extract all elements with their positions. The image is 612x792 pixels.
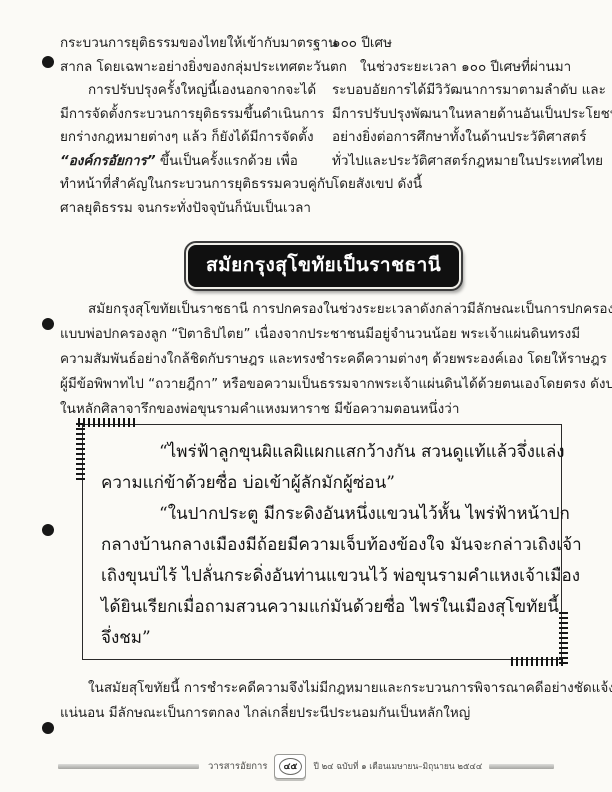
text-line: โดยสังเขป ดังนี้ (332, 173, 585, 197)
text-line: กระบวนการยุติธรรมของไทยให้เข้ากับมาตรฐาน (60, 32, 323, 56)
text-line: มีการปรับปรุงพัฒนาในหลายด้านอันเป็นประโย… (332, 103, 585, 127)
punch-hole-dot (42, 56, 54, 68)
text-line: สมัยกรุงสุโขทัยเป็นราชธานี การปกครองในช่… (60, 297, 585, 322)
quote-line: กลางบ้านกลางเมืองมีถ้อยมีความเจ็บท้องข้อ… (101, 530, 546, 561)
corner-ornament-bottom-right (559, 609, 568, 664)
page-number-badge: ๔๕ (274, 754, 306, 779)
page-footer: วารสารอัยการ ๔๕ ปี ๒๔ ฉบับที่ ๑ เดือนเมษ… (58, 750, 554, 782)
body-paragraph-1: สมัยกรุงสุโขทัยเป็นราชธานี การปกครองในช่… (60, 297, 585, 422)
text-line: ในหลักศิลาจารึกของพ่อขุนรามคำแหงมหาราช ม… (60, 397, 585, 422)
page-number: ๔๕ (279, 758, 302, 775)
quote-line: “ในปากประตู มีกระดิงอันหนึ่งแขวนไว้หั้น … (101, 499, 546, 530)
document-page: กระบวนการยุติธรรมของไทยให้เข้ากับมาตรฐาน… (0, 0, 612, 792)
text-line: ยกร่างกฎหมายต่างๆ แล้ว ก็ยังได้มีการจัดต… (60, 126, 323, 150)
text-line: ๑๐๐ ปีเศษ (332, 32, 585, 56)
text-line: การปรับปรุงครั้งใหญ่นี้เองนอกจากจะได้ (60, 79, 323, 103)
text-line: แน่นอน มีลักษณะเป็นการตกลง ไกล่เกลี่ยประ… (60, 701, 585, 726)
text-line: ทั่วไปและประวัติศาสตร์กฎหมายในประเทศไทย (332, 150, 585, 174)
journal-name: วารสารอัยการ (208, 759, 267, 774)
text-line: ทำหน้าที่สำคัญในกระบวนการยุติธรรมควบคู่ก… (60, 173, 323, 197)
corner-ornament-bottom-right (511, 657, 566, 666)
quote-line: จึ่งชม” (101, 623, 546, 654)
text-line: มีการจัดตั้งกระบวนการยุติธรรมขึ้นดำเนินก… (60, 103, 323, 127)
punch-hole-dot (42, 722, 54, 734)
issue-info: ปี ๒๔ ฉบับที่ ๑ เดือนเมษายน–มิถุนายน ๒๕๔… (313, 759, 482, 773)
emphasized-term: “องค์กรอัยการ” (60, 153, 156, 169)
text-line: แบบพ่อปกครองลูก “ปิตาธิปไตย” เนื่องจากปร… (60, 322, 585, 347)
text-line: ระบอบอัยการได้มีวิวัฒนาการมาตามลำดับ และ (332, 79, 585, 103)
corner-ornament-top-left (76, 420, 85, 480)
punch-hole-dot (42, 524, 54, 536)
body-paragraph-2: ในสมัยสุโขทัยนี้ การชำระคดีความจึงไม่มีก… (60, 676, 585, 726)
text-line: “องค์กรอัยการ” ขึ้นเป็นครั้งแรกด้วย เพื่… (60, 150, 323, 174)
section-title-badge: สมัยกรุงสุโขทัยเป็นราชธานี (186, 243, 461, 289)
punch-hole-dot (42, 318, 54, 330)
text-line: ศาลยุติธรรม จนกระทั่งปัจจุบันก็นับเป็นเว… (60, 197, 323, 221)
text-fragment: ขึ้นเป็นครั้งแรกด้วย เพื่อ (156, 153, 298, 169)
text-line: ความสัมพันธ์อย่างใกล้ชิดกับราษฎร และทรงช… (60, 347, 585, 372)
text-line: สากล โดยเฉพาะอย่างยิ่งของกลุ่มประเทศตะวั… (60, 56, 323, 80)
inscription-quote-text: “ไพร่ฟ้าลูกขุนผิแลผิแผกแสกว้างกัน สวนดูแ… (101, 437, 546, 654)
text-line: ในช่วงระยะเวลา ๑๐๐ ปีเศษที่ผ่านมา (332, 56, 585, 80)
footer-rule-right (489, 764, 554, 769)
quote-line: ได้ยินเรียกเมื่อถามสวนความแก่มันด้วยซื่อ… (101, 592, 546, 623)
inscription-quote-box: “ไพร่ฟ้าลูกขุนผิแลผิแผกแสกว้างกัน สวนดูแ… (82, 424, 562, 660)
intro-left-column: กระบวนการยุติธรรมของไทยให้เข้ากับมาตรฐาน… (60, 32, 323, 220)
quote-line: “ไพร่ฟ้าลูกขุนผิแลผิแผกแสกว้างกัน สวนดูแ… (101, 437, 546, 468)
intro-right-column: ๑๐๐ ปีเศษ ในช่วงระยะเวลา ๑๐๐ ปีเศษที่ผ่า… (332, 32, 585, 197)
quote-line: ความแก่ข้าด้วยซื่อ บ่อเข้าผู้ลักมักผู้ซ่… (101, 468, 546, 499)
text-line: อย่างยิ่งต่อการศึกษาทั้งในด้านประวัติศาส… (332, 126, 585, 150)
text-line: ในสมัยสุโขทัยนี้ การชำระคดีความจึงไม่มีก… (60, 676, 585, 701)
footer-rule-left (58, 764, 199, 769)
quote-line: เถิงขุนบ่ไร้ ไปลั่นกระดิ่งอันท่านแขวนไว้… (101, 561, 546, 592)
text-line: ผู้มีข้อพิพาทไป “ถวายฎีกา” หรือขอความเป็… (60, 372, 585, 397)
corner-ornament-top-left (78, 418, 138, 427)
